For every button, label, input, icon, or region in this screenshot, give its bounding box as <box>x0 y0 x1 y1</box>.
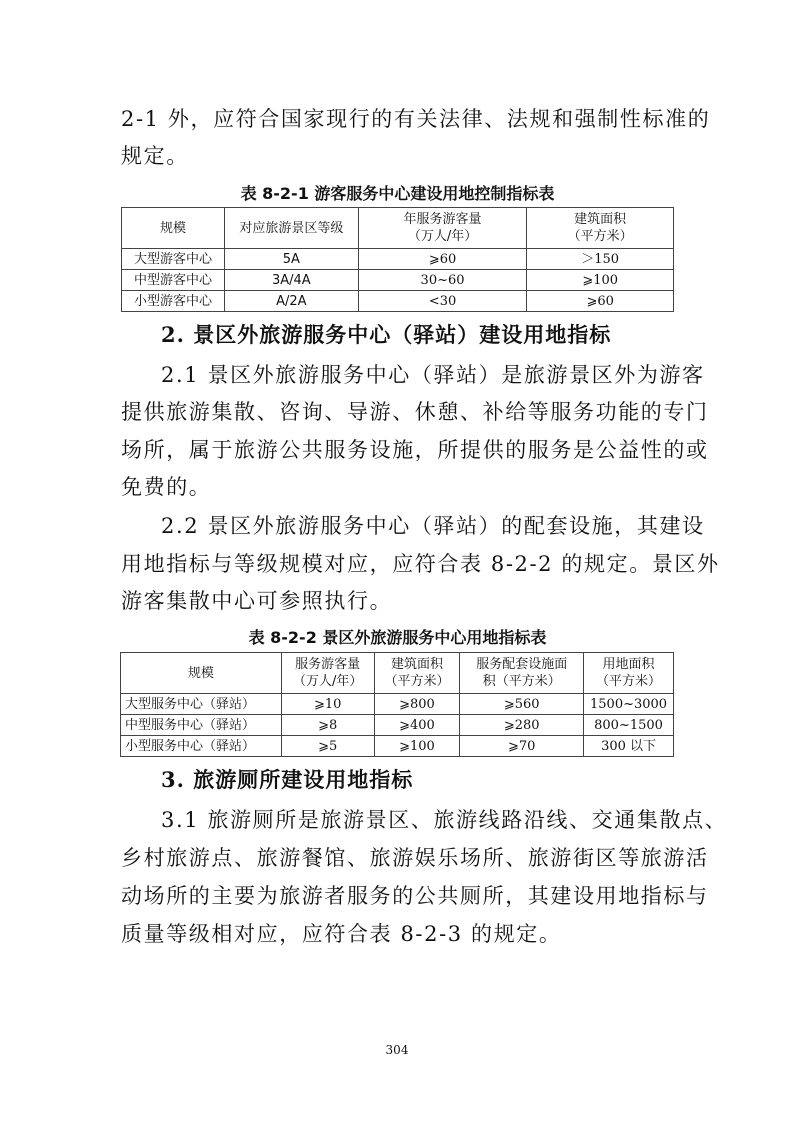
body-text-line: 3.1 旅游厕所是旅游景区、旅游线路沿线、交通集散点、 <box>161 808 681 832</box>
table-cell: 小型服务中心（驿站） <box>121 736 282 757</box>
visitor-center-land-table: 规模 对应旅游景区等级 年服务游客量（万人/年） 建筑面积（平方米） 大型游客中… <box>121 207 674 312</box>
table-cell: ⩾5 <box>281 736 374 757</box>
service-center-land-table: 规模 服务游客量（万人/年） 建筑面积（平方米） 服务配套设施面积（平方米） 用… <box>120 652 674 757</box>
table-cell: ⩾60 <box>527 291 674 312</box>
table-cell: 3A/4A <box>224 270 358 291</box>
table-cell: ⩾10 <box>281 694 374 715</box>
body-text-line: 场所，属于旅游公共服务设施，所提供的服务是公益性的或 <box>121 438 681 462</box>
table-row: 中型服务中心（驿站） ⩾8 ⩾400 ⩾280 800~1500 <box>121 715 674 736</box>
table-header-cell: 建筑面积（平方米） <box>374 653 460 694</box>
body-text-line: 规定。 <box>121 144 681 168</box>
table-cell: ＞150 <box>527 249 674 270</box>
table-row: 小型游客中心 A/2A <30 ⩾60 <box>122 291 674 312</box>
body-text-line: 乡村旅游点、旅游餐馆、旅游娱乐场所、旅游街区等旅游活 <box>121 846 681 870</box>
table-cell: ⩾800 <box>374 694 460 715</box>
table-cell: 300 以下 <box>584 736 674 757</box>
table-header-cell: 服务配套设施面积（平方米） <box>460 653 584 694</box>
body-text-line: 动场所的主要为旅游者服务的公共厕所，其建设用地指标与 <box>121 884 681 908</box>
table-cell: <30 <box>358 291 527 312</box>
table-cell: 大型服务中心（驿站） <box>121 694 282 715</box>
table-header-cell: 年服务游客量（万人/年） <box>358 208 527 249</box>
section-heading: 3. 旅游厕所建设用地指标 <box>161 768 681 792</box>
table-row: 大型服务中心（驿站） ⩾10 ⩾800 ⩾560 1500~3000 <box>121 694 674 715</box>
table-header-cell: 对应旅游景区等级 <box>224 208 358 249</box>
page-number: 304 <box>0 1043 794 1057</box>
section-heading: 2. 景区外旅游服务中心（驿站）建设用地指标 <box>161 323 681 347</box>
body-text-line: 2.1 景区外旅游服务中心（驿站）是旅游景区外为游客 <box>161 363 681 387</box>
table-cell: ⩾8 <box>281 715 374 736</box>
table-cell: 1500~3000 <box>584 694 674 715</box>
table-header-row: 规模 对应旅游景区等级 年服务游客量（万人/年） 建筑面积（平方米） <box>122 208 674 249</box>
table-caption: 表 8-2-1 游客服务中心建设用地控制指标表 <box>121 184 674 204</box>
body-text-line: 游客集散中心可参照执行。 <box>121 589 681 613</box>
table-cell: 小型游客中心 <box>122 291 225 312</box>
table-cell: A/2A <box>224 291 358 312</box>
table-cell: ⩾60 <box>358 249 527 270</box>
table-row: 大型游客中心 5A ⩾60 ＞150 <box>122 249 674 270</box>
table-row: 小型服务中心（驿站） ⩾5 ⩾100 ⩾70 300 以下 <box>121 736 674 757</box>
table-header-cell: 服务游客量（万人/年） <box>281 653 374 694</box>
table-cell: ⩾70 <box>460 736 584 757</box>
table-row: 中型游客中心 3A/4A 30~60 ⩾100 <box>122 270 674 291</box>
table-header-cell: 规模 <box>122 208 225 249</box>
body-text-line: 提供旅游集散、咨询、导游、休憩、补给等服务功能的专门 <box>121 400 681 424</box>
table-cell: ⩾280 <box>460 715 584 736</box>
body-text-line: 用地指标与等级规模对应，应符合表 8-2-2 的规定。景区外 <box>121 552 681 576</box>
table-header-row: 规模 服务游客量（万人/年） 建筑面积（平方米） 服务配套设施面积（平方米） 用… <box>121 653 674 694</box>
table-cell: 大型游客中心 <box>122 249 225 270</box>
table-cell: ⩾400 <box>374 715 460 736</box>
table-header-cell: 建筑面积（平方米） <box>527 208 674 249</box>
table-cell: 中型服务中心（驿站） <box>121 715 282 736</box>
table-cell: ⩾100 <box>527 270 674 291</box>
body-text-line: 免费的。 <box>121 475 681 499</box>
table-header-cell: 规模 <box>121 653 282 694</box>
table-caption: 表 8-2-2 景区外旅游服务中心用地指标表 <box>121 628 674 648</box>
table-cell: 30~60 <box>358 270 527 291</box>
table-cell: 中型游客中心 <box>122 270 225 291</box>
body-text-line: 2-1 外，应符合国家现行的有关法律、法规和强制性标准的 <box>121 107 681 131</box>
table-cell: 800~1500 <box>584 715 674 736</box>
body-text-line: 质量等级相对应，应符合表 8-2-3 的规定。 <box>121 922 681 946</box>
table-cell: ⩾100 <box>374 736 460 757</box>
table-header-cell: 用地面积（平方米） <box>584 653 674 694</box>
table-cell: 5A <box>224 249 358 270</box>
table-cell: ⩾560 <box>460 694 584 715</box>
body-text-line: 2.2 景区外旅游服务中心（驿站）的配套设施，其建设 <box>161 514 681 538</box>
